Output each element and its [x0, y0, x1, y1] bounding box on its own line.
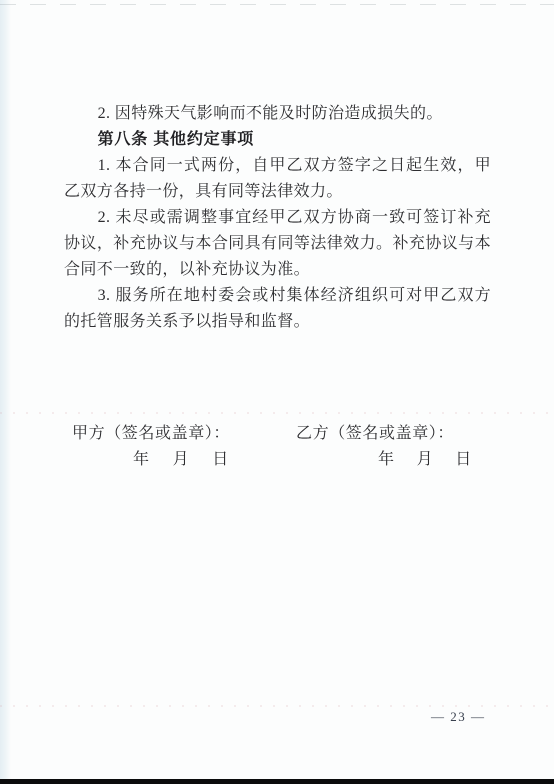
contract-body: 2. 因特殊天气影响而不能及时防治造成损失的。 第八条 其他约定事项 1. 本合…: [64, 101, 491, 335]
clause-item-supervision: 3. 服务所在地村委会或村集体经济组织可对甲乙双方的托管服务关系予以指导和监督。: [64, 283, 491, 335]
scan-bottom-strip-artifact: [0, 779, 554, 784]
article-8-heading: 第八条 其他约定事项: [64, 127, 491, 153]
year-label: 年: [378, 446, 395, 469]
party-b-date-line: 年 月 日: [378, 446, 472, 469]
day-label: 日: [455, 446, 472, 469]
clause-item-loss: 2. 因特殊天气影响而不能及时防治造成损失的。: [64, 101, 491, 127]
scan-top-line-artifact: [0, 4, 554, 5]
document-page: 2. 因特殊天气影响而不能及时防治造成损失的。 第八条 其他约定事项 1. 本合…: [0, 0, 554, 784]
clause-item-supplement: 2. 未尽或需调整事宜经甲乙双方协商一致可签订补充协议，补充协议与本合同具有同等…: [64, 205, 491, 283]
page-number: — 23 —: [431, 709, 486, 725]
scan-dotted-line-artifact: [0, 412, 554, 414]
clause-item-copies: 1. 本合同一式两份，自甲乙双方签字之日起生效，甲乙双方各持一份，具有同等法律效…: [64, 153, 491, 205]
month-label: 月: [417, 446, 434, 469]
party-b-signature-label: 乙方（签名或盖章）：: [296, 420, 454, 443]
month-label: 月: [173, 446, 190, 469]
scan-dotted-line-artifact: [0, 705, 554, 707]
year-label: 年: [133, 446, 150, 469]
day-label: 日: [212, 446, 229, 469]
party-a-date-line: 年 月 日: [133, 446, 229, 469]
party-a-signature-label: 甲方（签名或盖章）：: [72, 420, 230, 443]
scan-edge-artifact: [0, 0, 11, 784]
